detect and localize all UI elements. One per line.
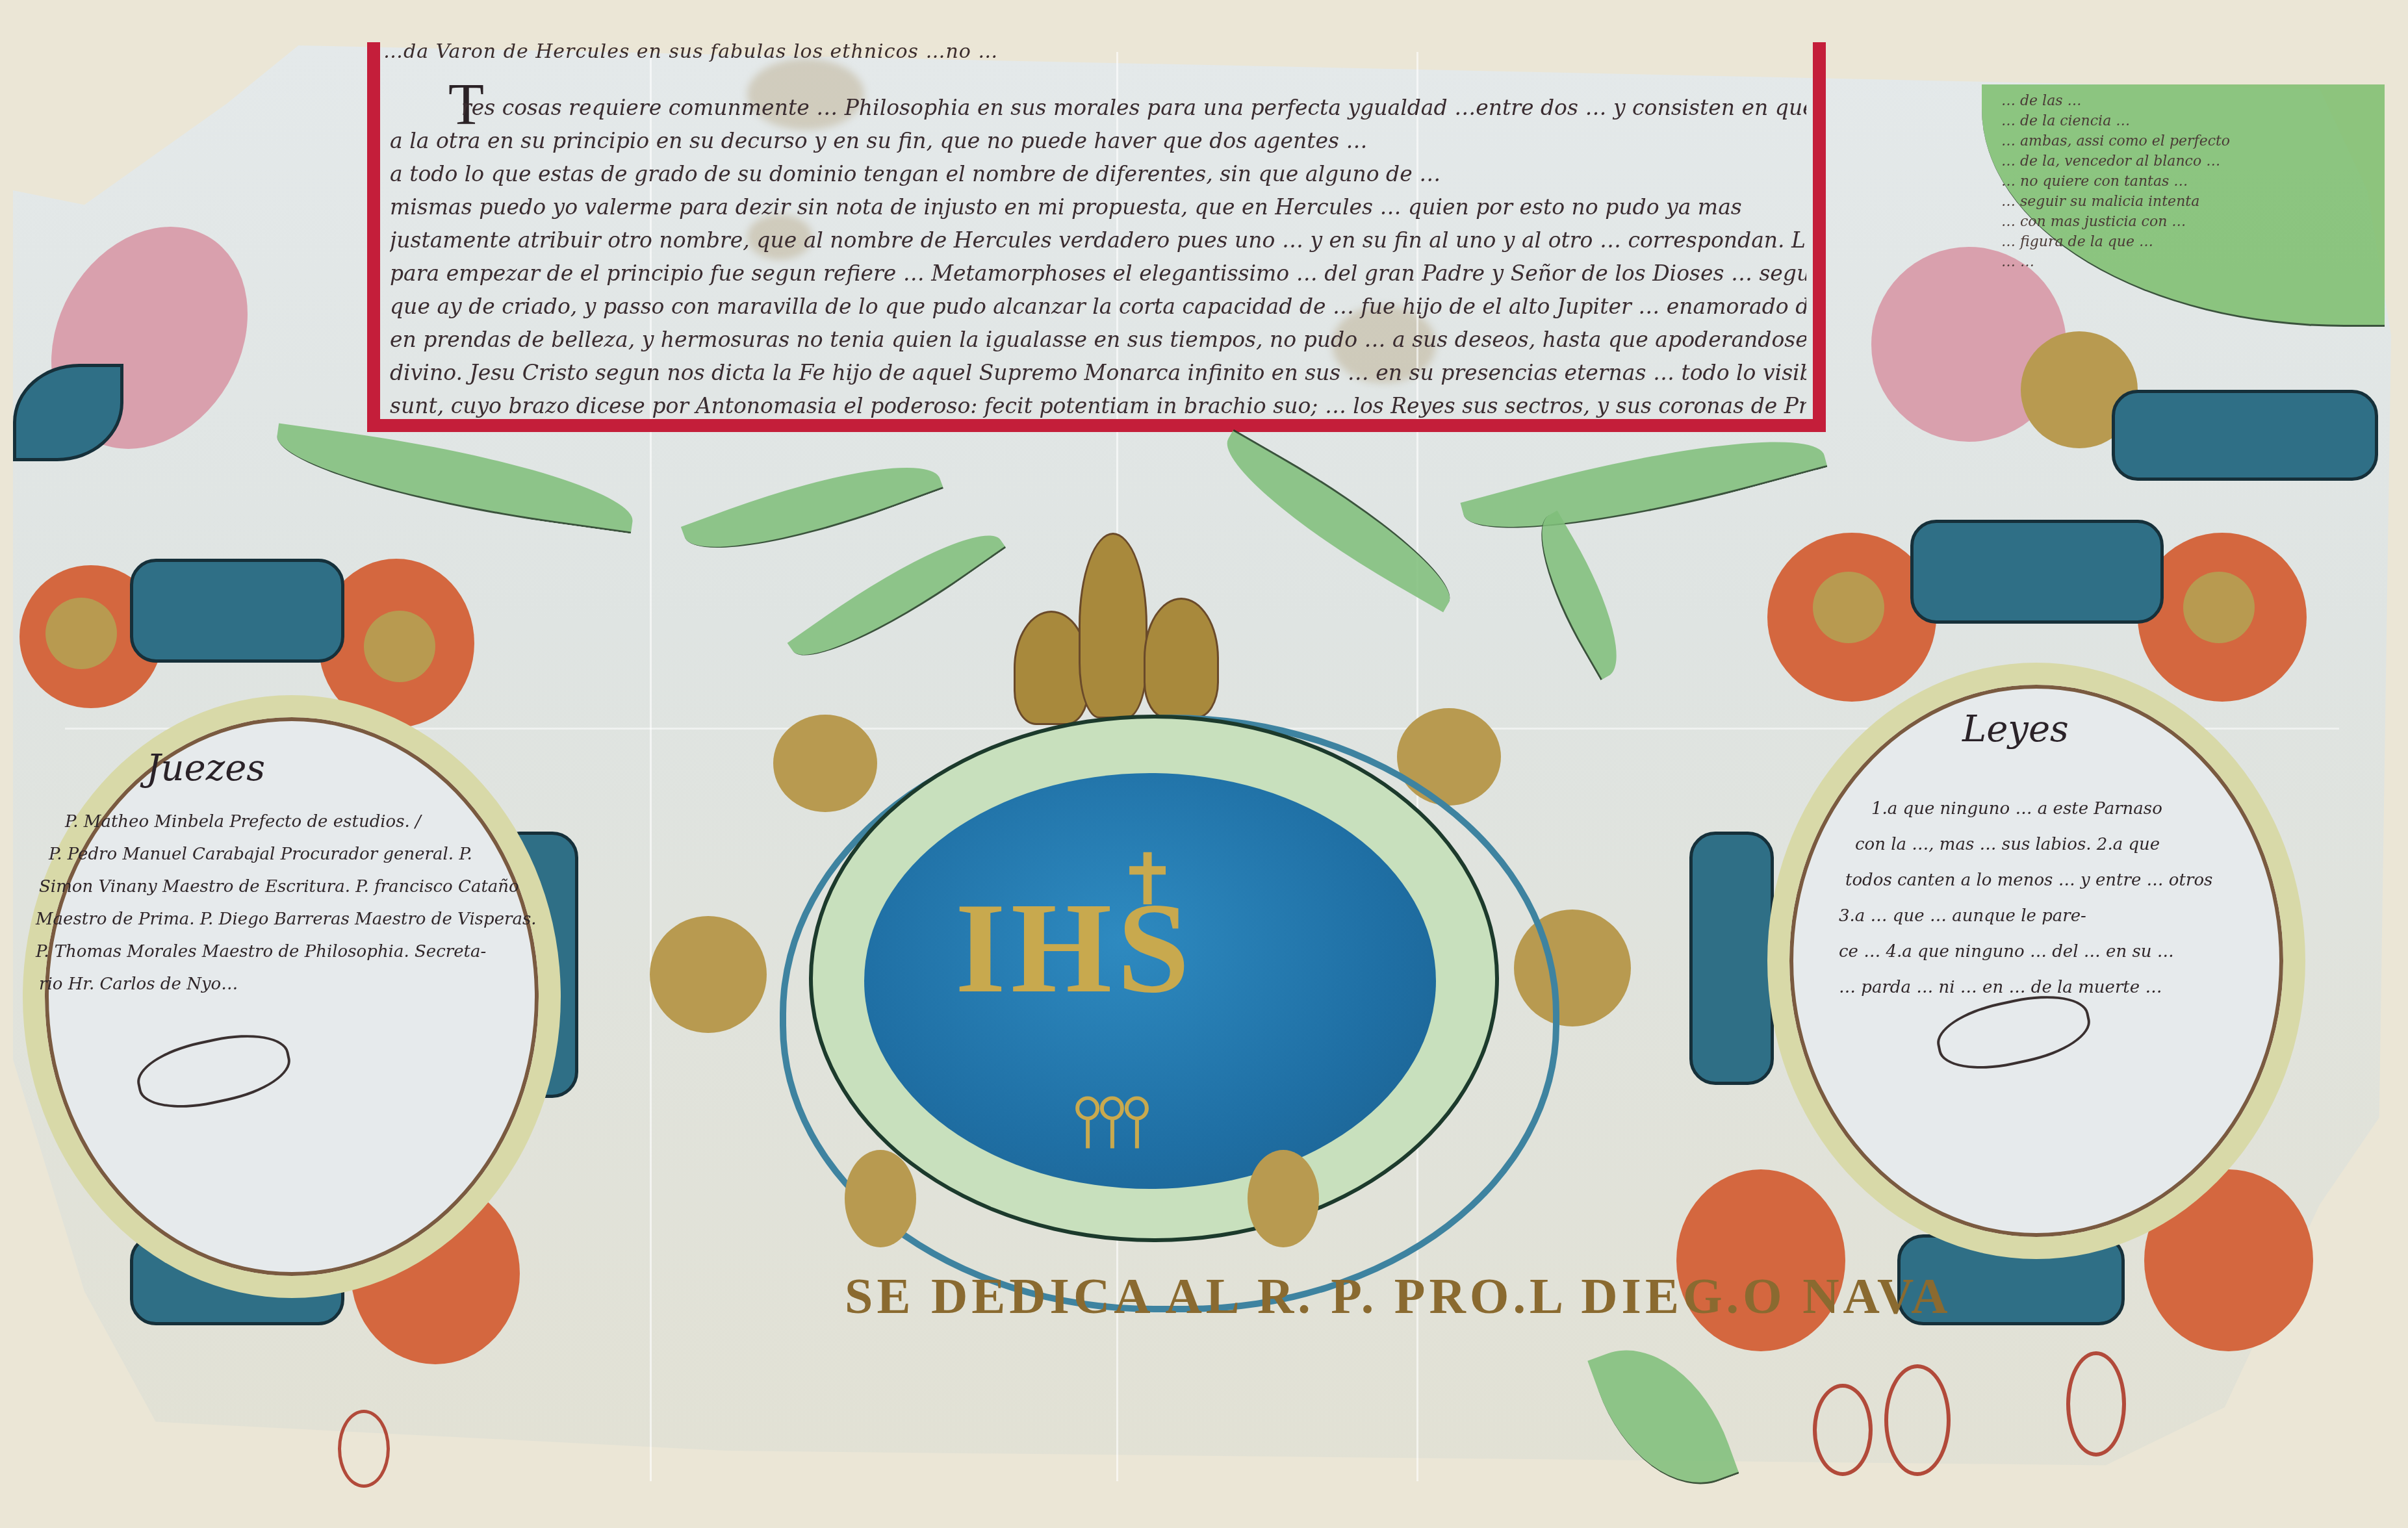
law-line: 3.a … que … aunque le pare-: [1839, 906, 2086, 926]
gold-scroll-ornament: [2183, 572, 2255, 643]
three-nails-icon: ⫯⫯⫯: [1072, 1078, 1146, 1163]
main-text-body: res cosas requiere comunmente … Philosop…: [390, 91, 1806, 422]
corner-text-line: … …: [2001, 252, 2235, 272]
judge-line: P. Thomas Morales Maestro de Philosophia…: [36, 942, 486, 961]
judge-line: Simon Vinany Maestro de Escritura. P. fr…: [39, 877, 519, 897]
crown-icon: [1014, 611, 1089, 725]
main-text-line: divino. Jesu Cristo segun nos dicta la F…: [390, 356, 1806, 389]
main-text-line: para empezar de el principio fue segun r…: [390, 257, 1806, 290]
judge-line: rio Hr. Carlos de Nyo…: [39, 974, 238, 994]
corner-text-line: … de las …: [2001, 91, 2235, 111]
main-text-line: a todo lo que estas de grado de su domin…: [390, 157, 1806, 190]
gold-scroll-ornament: [845, 1150, 916, 1247]
corner-text-line: … no quiere con tantas …: [2001, 172, 2235, 192]
gold-scroll-ornament: [650, 916, 767, 1033]
main-text-line: en prendas de belleza, y hermosuras no t…: [390, 323, 1806, 356]
ihs-monogram: IHS: [955, 884, 1195, 1013]
corner-text-line: … de la ciencia …: [2001, 111, 2235, 131]
dedication-banner-text: SE DEDICA AL R. P. PRO.L DIEG.O NAVA: [845, 1267, 1951, 1325]
corner-text-line: … con mas justicia con …: [2001, 212, 2235, 232]
law-line: … parda … ni … en … de la muerte …: [1839, 978, 2162, 997]
corner-text-line: … ambas, assi como el perfecto: [2001, 131, 2235, 151]
main-text-line: sunt, cuyo brazo dicese por Antonomasia …: [390, 389, 1806, 422]
red-flourish: [338, 1410, 390, 1488]
gold-scroll-ornament: [45, 598, 117, 669]
red-flourish: [2066, 1351, 2126, 1457]
law-line: todos canten a lo menos … y entre … otro…: [1845, 871, 2212, 890]
teal-scroll-band: [130, 559, 344, 663]
teal-scroll-band: [1689, 832, 1774, 1085]
corner-text-line: … seguir su malicia intenta: [2001, 192, 2235, 212]
gold-scroll-ornament: [1813, 572, 1884, 643]
main-text-line: justamente atribuir otro nombre, que al …: [390, 223, 1806, 257]
main-text-line: res cosas requiere comunmente … Philosop…: [390, 91, 1806, 124]
judge-line: P. Pedro Manuel Carabajal Procurador gen…: [49, 845, 472, 864]
law-line: con la …, mas … sus labios. 2.a que: [1855, 835, 2160, 854]
laws-title: Leyes: [1962, 708, 2069, 750]
judge-line: Maestro de Prima. P. Diego Barreras Maes…: [36, 910, 537, 929]
law-line: ce … 4.a que ninguno … del … en su …: [1839, 942, 2174, 961]
crown-icon: [1079, 533, 1147, 719]
gold-scroll-ornament: [364, 611, 435, 682]
teal-scroll-band: [2112, 390, 2378, 481]
red-flourish: [1884, 1364, 1951, 1476]
red-flourish: [1813, 1384, 1873, 1476]
gold-scroll-ornament: [1248, 1150, 1319, 1247]
judges-cartouche: [23, 695, 561, 1298]
judge-line: P. Matheo Minbela Prefecto de estudios. …: [65, 812, 421, 832]
corner-text-fragment: … de las … … de la ciencia … … ambas, as…: [2001, 91, 2235, 272]
judges-title: Juezes: [146, 747, 265, 789]
crown-icon: [1144, 598, 1219, 719]
teal-scroll-band: [1910, 520, 2164, 624]
corner-text-line: … de la, vencedor al blanco …: [2001, 151, 2235, 172]
main-text-line: mismas puedo yo valerme para dezir sin n…: [390, 190, 1806, 223]
gold-scroll-ornament: [773, 715, 877, 812]
law-line: 1.a que ninguno … a este Parnaso: [1871, 799, 2162, 819]
main-text-line: que ay de criado, y passo con maravilla …: [390, 290, 1806, 323]
main-text-line: a la otra en su principio en su decurso …: [390, 124, 1806, 157]
corner-text-line: … figura de la que …: [2001, 232, 2235, 252]
